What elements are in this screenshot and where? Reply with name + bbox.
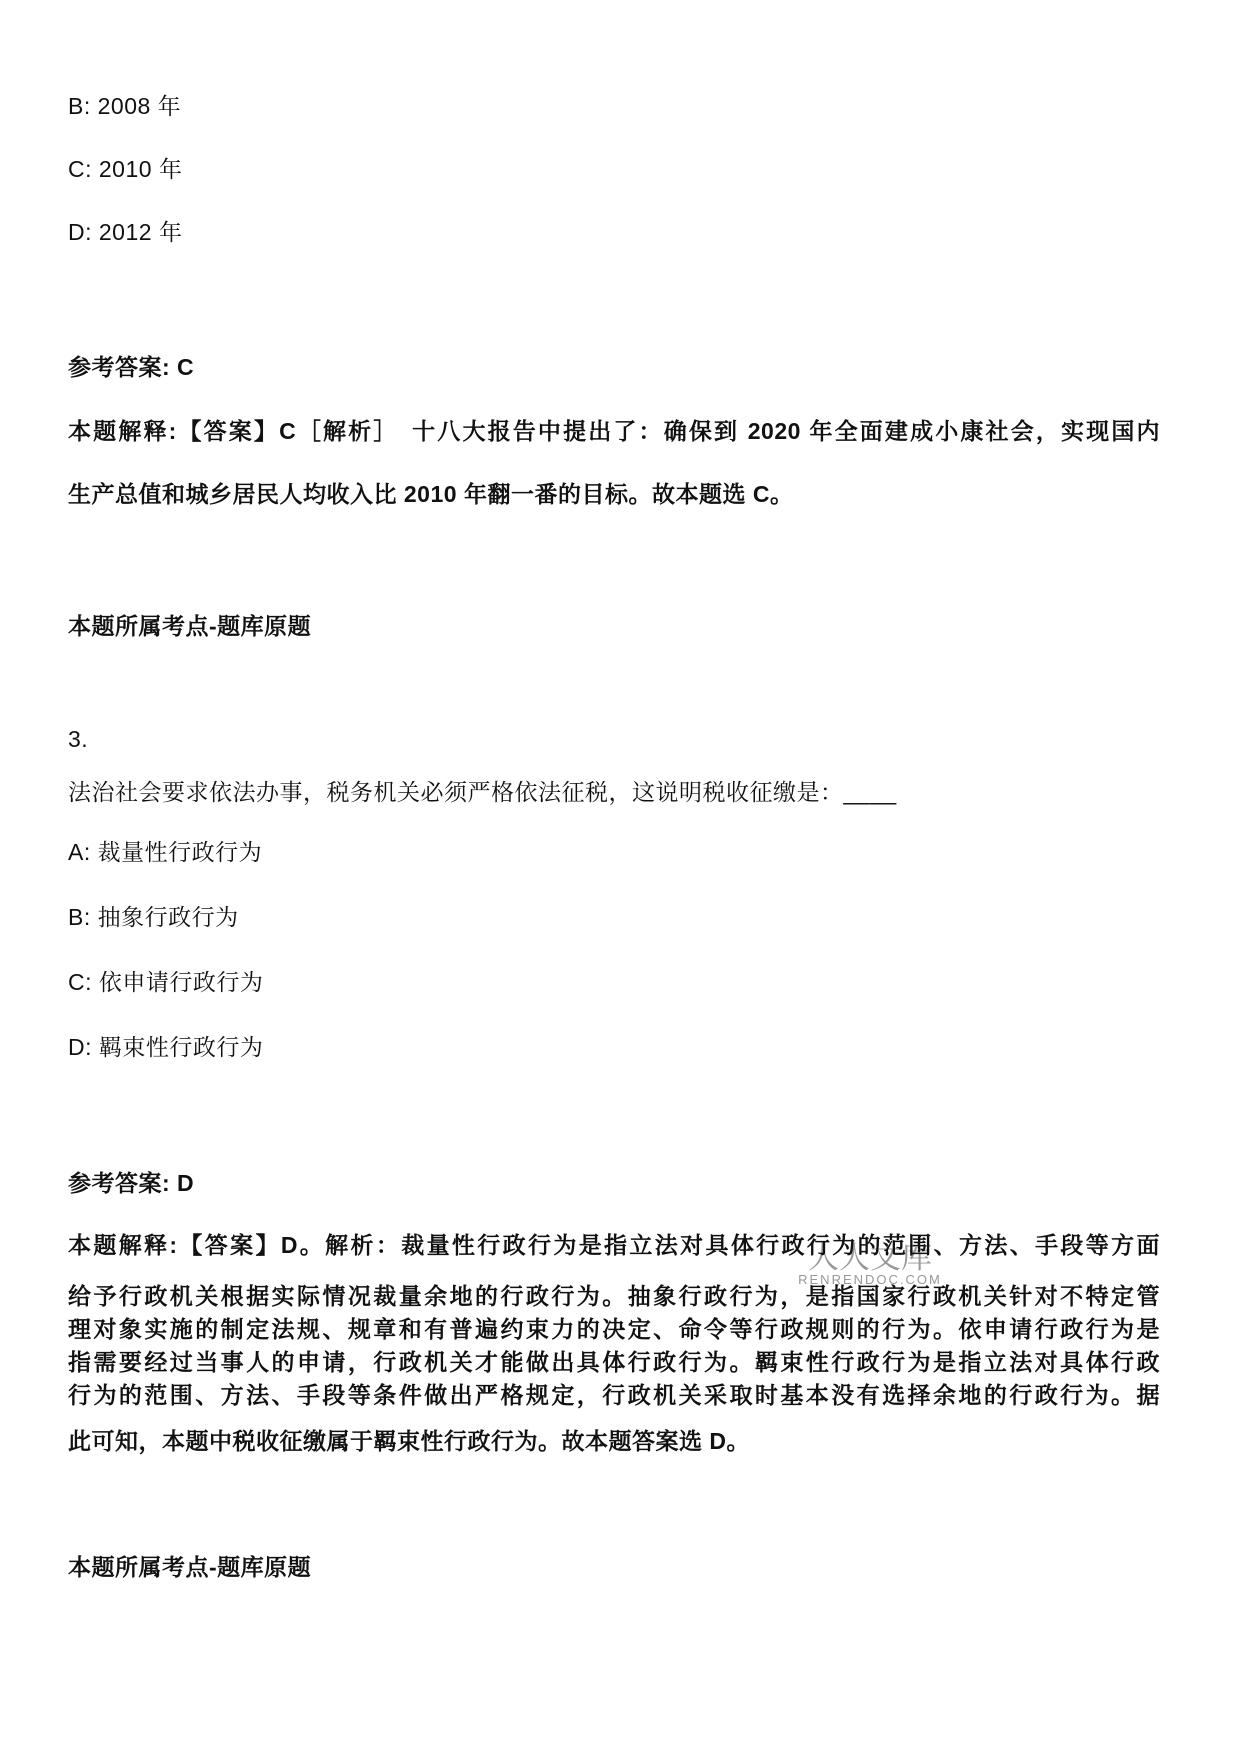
q2-reference-answer: 参考答案: C bbox=[68, 354, 194, 381]
q3-option-a: A: 裁量性行政行为 bbox=[68, 839, 262, 866]
q2-option-b: B: 2008 年 bbox=[68, 93, 181, 120]
q2-topic-heading: 本题所属考点-题库原题 bbox=[68, 613, 311, 640]
q3-option-b: B: 抽象行政行为 bbox=[68, 904, 239, 931]
q3-topic-heading: 本题所属考点-题库原题 bbox=[68, 1554, 311, 1581]
q2-option-c: C: 2010 年 bbox=[68, 156, 182, 183]
q3-explanation-line-6: 此可知，本题中税收征缴属于羁束性行政行为。故本题答案选 D。 bbox=[68, 1428, 750, 1455]
q3-stem: 法治社会要求依法办事，税务机关必须严格依法征税，这说明税收征缴是：____ bbox=[68, 779, 897, 806]
q2-option-d: D: 2012 年 bbox=[68, 219, 182, 246]
q3-number: 3. bbox=[68, 726, 88, 753]
q3-explanation-line-1: 本题解释:【答案】D。解析：裁量性行政行为是指立法对具体行政行为的范围、方法、手… bbox=[68, 1232, 1160, 1259]
q3-reference-answer: 参考答案: D bbox=[68, 1170, 194, 1197]
q2-explanation-line-2: 生产总值和城乡居民人均收入比 2010 年翻一番的目标。故本题选 C。 bbox=[68, 481, 793, 508]
q2-explanation-line-1: 本题解释:【答案】C［解析］ 十八大报告中提出了：确保到 2020 年全面建成小… bbox=[68, 418, 1160, 445]
q3-option-c: C: 依申请行政行为 bbox=[68, 969, 263, 996]
q3-option-d: D: 羁束性行政行为 bbox=[68, 1034, 263, 1061]
q3-explanation-line-3: 理对象实施的制定法规、规章和有普遍约束力的决定、命令等行政规则的行为。依申请行政… bbox=[68, 1316, 1160, 1343]
q3-explanation-line-5: 行为的范围、方法、手段等条件做出严格规定，行政机关采取时基本没有选择余地的行政行… bbox=[68, 1382, 1160, 1409]
q3-explanation-line-2: 给予行政机关根据实际情况裁量余地的行政行为。抽象行政行为，是指国家行政机关针对不… bbox=[68, 1283, 1160, 1310]
exam-document-page: 人人文库 RENRENDOC.COM B: 2008 年 C: 2010 年 D… bbox=[0, 0, 1240, 1753]
q3-explanation-line-4: 指需要经过当事人的申请，行政机关才能做出具体行政行为。羁束性行政行为是指立法对具… bbox=[68, 1349, 1160, 1376]
